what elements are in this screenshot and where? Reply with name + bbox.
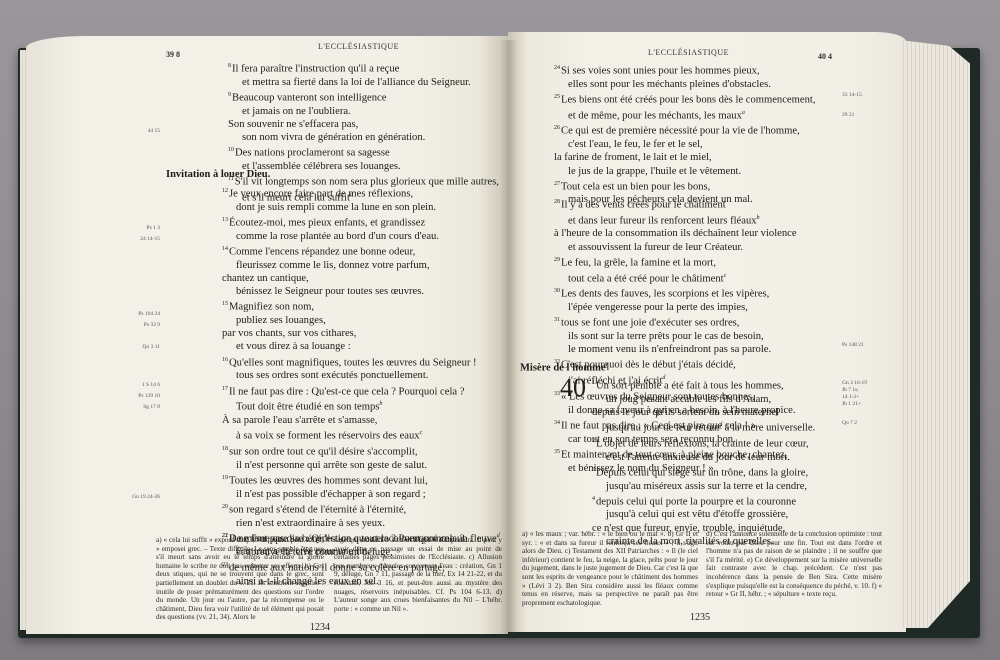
verse-text: rien n'est extraordinaire à ses yeux. (236, 518, 385, 529)
verse-text: un joug pesant accable les fils d'Adam, (606, 394, 771, 405)
verse-number: 9 (228, 92, 231, 98)
verse-line: son nom vivra de génération en génératio… (228, 131, 499, 144)
verse-line: 27Tout cela est un bien pour les bons, (554, 178, 815, 194)
cross-reference: Gn 19 24-26 (132, 494, 160, 501)
verse-line: chantez un cantique, (222, 272, 477, 285)
verse-block: 8Il fera paraître l'instruction qu'il a … (228, 60, 499, 205)
verse-number: 14 (222, 246, 228, 252)
verse-line: 3Depuis celui qui siège sur un trône, da… (592, 464, 815, 480)
verse-text: la farine de froment, le lait et le miel… (554, 152, 712, 163)
verse-line: et dans leur fureur ils renforcent leurs… (554, 212, 797, 228)
verse-line: jusqu'au jour de leur retourf à la mère … (592, 419, 815, 435)
verse-line: 14Comme l'encens répandez une bonne odeu… (222, 243, 477, 259)
verse-text: Il y a des vents créés pour le châtiment (561, 200, 726, 211)
verse-text: comme la rose plantée au bord d'un cours… (236, 231, 439, 242)
footnote-marker: c (724, 273, 727, 279)
cross-reference: 24 14-15 (140, 236, 160, 243)
cross-reference: Jb 1 21+ (842, 401, 861, 408)
verse-line: À sa parole l'eau s'arrête et s'amasse, (222, 414, 477, 427)
verse-line: et de même, pour les méchants, les mauxa (554, 107, 815, 123)
verse-line: 12Je veux encore faire part de mes réfle… (222, 185, 477, 201)
verse-number: 18 (222, 446, 228, 452)
verse-number: 3 (592, 467, 595, 473)
footnotes-column-1: a) « cela lui suffit » exposé conj. ; « … (156, 536, 324, 622)
verse-line: et vous direz à sa louange : (222, 340, 477, 353)
verse-line: 18sur son ordre tout ce qu'il désire s'a… (222, 443, 477, 459)
verse-text: Toutes les œuvres des hommes sont devant… (229, 475, 428, 486)
verse-number: 30 (554, 288, 560, 294)
footnote-marker: b (757, 215, 760, 221)
verse-text: tous se font une joie d'exécuter ses ord… (561, 318, 739, 329)
verse-number: 31 (554, 317, 560, 323)
verse-line: le jus de la grappe, l'huile et le vêtem… (554, 165, 815, 178)
verse-line: 13Écoutez-moi, mes pieux enfants, et gra… (222, 214, 477, 230)
footnote-marker: c (420, 430, 423, 436)
section-heading-text: Misère de l'homme (520, 363, 606, 374)
verse-line: Tout doit être étudié en son tempsb (222, 398, 477, 414)
verse-line: la farine de froment, le lait et le miel… (554, 151, 815, 164)
verse-number: 17 (222, 386, 228, 392)
verse-line: 24Si ses voies sont unies pour les homme… (554, 62, 815, 78)
verse-text: Depuis celui qui siège sur un trône, dan… (596, 467, 808, 478)
chapter-verse-ref: 39 8 (166, 50, 180, 59)
verse-text: il n'est personne qui arrête son geste d… (236, 460, 427, 471)
verse-text: Ce qui est de première nécessité pour la… (561, 126, 800, 137)
verse-text: Il fera paraître l'instruction qu'il a r… (232, 64, 399, 75)
cross-reference: 14 1-2+ (842, 394, 859, 401)
verse-text: tout cela a été créé pour le châtiment (568, 273, 724, 284)
page-number: 1234 (310, 622, 330, 633)
book-gutter (500, 40, 518, 640)
verse-line: Son souvenir ne s'effacera pas, (228, 118, 499, 131)
verse-line: jusqu'à celui qui est vêtu d'étoffe gros… (592, 508, 815, 521)
footnote-marker: b (379, 401, 382, 407)
verse-line: 16Qu'elles sont magnifiques, toutes les … (222, 354, 477, 370)
verse-line: dont je suis rempli comme la lune en son… (222, 201, 477, 214)
verse-text: à l'heure de la consommation ils déchaîn… (554, 228, 797, 239)
verse-number: 12 (222, 188, 228, 194)
cross-reference: Jb 7 1s; (842, 387, 859, 394)
verse-number: 8 (228, 63, 231, 69)
verse-number: 4 (592, 496, 595, 502)
verse-line: l'épée vengeresse pour la perte des impi… (554, 301, 797, 314)
verse-text: tous ses ordres sont exécutés ponctuelle… (236, 370, 428, 381)
cross-reference: Sg 17 8 (143, 404, 160, 411)
footnotes-column-1: a) « les maux ; var. hébr. : « le bien o… (522, 530, 698, 607)
verse-text: dont je suis rempli comme la lune en son… (236, 202, 436, 213)
chapter-verse-ref: 40 4 (818, 52, 832, 61)
verse-text: ils sont sur la terre prêts pour le cas … (568, 331, 764, 342)
verse-line: tout cela a été créé pour le châtimentc (554, 270, 797, 286)
footnote-marker: e (606, 362, 609, 368)
verse-line: 26Ce qui est de première nécessité pour … (554, 122, 815, 138)
page-edges-right (900, 40, 970, 628)
verse-text: Les biens ont été créés pour les bons dè… (561, 94, 815, 105)
verse-line: 9Beaucoup vanteront son intelligence (228, 89, 499, 105)
cross-reference: 44 15 (148, 128, 160, 135)
verse-number: 1 (592, 380, 595, 386)
verse-number: 27 (554, 181, 560, 187)
verse-text: et assouvissent la fureur de leur Créate… (568, 242, 743, 253)
verse-line: tous ses ordres sont exécutés ponctuelle… (222, 369, 477, 382)
running-head: L'ECCLÉSIASTIQUE (648, 48, 729, 57)
verse-line: 30Les dents des fauves, les scorpions et… (554, 285, 797, 301)
verse-text: depuis celui qui porte la pourpre et la … (596, 496, 796, 507)
verse-text: Magnifiez son nom, (229, 302, 314, 313)
verse-line: par vos chants, sur vos cithares, (222, 327, 477, 340)
cross-reference: Ps 1 3 (147, 225, 160, 232)
verse-number: 13 (222, 217, 228, 223)
verse-text: et dans leur fureur ils renforcent leurs… (568, 215, 757, 226)
verse-line: il n'est personne qui arrête son geste d… (222, 459, 477, 472)
cross-reference: 1 S 14 6 (142, 382, 160, 389)
verse-number: 19 (222, 475, 228, 481)
verse-number: 28 (554, 199, 560, 205)
verse-text: Un sort pénible a été fait à tous les ho… (596, 381, 784, 392)
verse-text: Tout cela est un bien pour les bons, (561, 181, 710, 192)
verse-line: c'est l'eau, le feu, le fer et le sel, (554, 138, 815, 151)
cross-reference: Qo 3 11 (142, 344, 160, 351)
verse-line: publiez ses louanges, (222, 314, 477, 327)
left-page: L'ECCLÉSIASTIQUE 39 8 8Il fera paraître … (26, 36, 508, 634)
verse-line: elles sont pour les méchants pleines d'o… (554, 78, 815, 91)
verse-line: un joug pesant accable les fils d'Adam, (592, 393, 815, 406)
verse-line: et assouvissent la fureur de leur Créate… (554, 241, 797, 254)
verse-text: jusqu'au jour de leur retour (606, 423, 720, 434)
verse-text: À sa parole l'eau s'arrête et s'amasse, (222, 415, 377, 426)
verse-line: 25Les biens ont été créés pour les bons … (554, 91, 815, 107)
verse-text: jusqu'à celui qui est vêtu d'étoffe gros… (606, 509, 788, 520)
footnotes-column-2: sage qui étudiera « en son temps » compr… (334, 536, 502, 613)
verse-text: chantez un cantique, (222, 273, 309, 284)
verse-line: il n'est pas possible d'échapper à son r… (222, 488, 477, 501)
verse-text: L'objet de leurs réflexions, la crainte … (596, 438, 809, 449)
verse-text: son nom vivra de génération en génératio… (242, 132, 425, 143)
margin-cross-references: 44 15Ps 1 324 14-15Ps 104 24Ps 33 9Qo 3 … (86, 36, 160, 634)
verse-line: 15Magnifiez son nom, (222, 298, 477, 314)
verse-block: 1Un sort pénible a été fait à tous les h… (592, 377, 815, 548)
verse-line: à sa voix se forment les réservoirs des … (222, 427, 477, 443)
verse-line: 10Des nations proclameront sa sagesse (228, 144, 499, 160)
verse-block: 12Je veux encore faire part de mes réfle… (222, 185, 477, 559)
section-heading: Misère de l'hommee (520, 362, 608, 374)
cross-reference: 33 14-15 (842, 92, 862, 99)
verse-line: 4depuis celui qui porte la pourpre et la… (592, 493, 815, 509)
chapter-number: 40 (560, 376, 586, 400)
running-head: L'ECCLÉSIASTIQUE (318, 42, 399, 51)
verse-text: c'est l'attente anxieuse du jour de leur… (606, 452, 790, 463)
verse-line: ils sont sur la terre prêts pour le cas … (554, 330, 797, 343)
verse-text: et vous direz à sa louange : (236, 341, 351, 352)
footnotes-column-2: d) C'est l'annonce solennelle de la conc… (706, 530, 882, 599)
verse-text: et de même, pour les méchants, les maux (568, 110, 742, 121)
verse-text: son regard s'étend de l'éternité à l'éte… (229, 504, 406, 515)
verse-text: par vos chants, sur vos cithares, (222, 328, 356, 339)
verse-number: 2 (592, 438, 595, 444)
verse-number: 24 (554, 65, 560, 71)
verse-number: 35 (554, 449, 560, 455)
verse-text: Le feu, la grêle, la famine et la mort, (561, 257, 716, 268)
verse-line: 1Un sort pénible a été fait à tous les h… (592, 377, 815, 393)
verse-number: 10 (228, 147, 234, 153)
verse-line: et mettra sa fierté dans la loi de l'all… (228, 76, 499, 89)
verse-line: 31tous se font une joie d'exécuter ses o… (554, 314, 797, 330)
verse-text: Des nations proclameront sa sagesse (235, 148, 390, 159)
page-number: 1235 (690, 612, 710, 623)
verse-number: 26 (554, 125, 560, 131)
cross-reference: Ps 33 9 (144, 322, 160, 329)
verse-line: à l'heure de la consommation ils déchaîn… (554, 227, 797, 240)
verse-text: Écoutez-moi, mes pieux enfants, et grand… (229, 217, 425, 228)
verse-line: 29Le feu, la grêle, la famine et la mort… (554, 254, 797, 270)
verse-text: publiez ses louanges, (236, 315, 326, 326)
verse-text: sur son ordre tout ce qu'il désire s'acc… (229, 446, 418, 457)
cross-reference: Gn 3 16-19 (842, 380, 867, 387)
verse-line: 2L'objet de leurs réflexions, la crainte… (592, 435, 815, 451)
verse-line: jusqu'au miséreux assis sur la terre et … (592, 480, 815, 493)
verse-line: 28Il y a des vents créés pour le châtime… (554, 196, 797, 212)
verse-text-tail: à la mère universelle. (722, 423, 815, 434)
verse-line: rien n'est extraordinaire à ses yeux. (222, 517, 477, 530)
right-page: L'ECCLÉSIASTIQUE 40 4 24Si ses voies son… (508, 32, 906, 632)
verse-text: Qu'elles sont magnifiques, toutes les œu… (229, 357, 477, 368)
verse-text: fleurissez comme le lis, donnez votre pa… (236, 260, 430, 271)
footnote-marker: a (742, 110, 745, 116)
verse-line: le moment venu ils n'enfreindront pas sa… (554, 343, 797, 356)
verse-text: Son souvenir ne s'effacera pas, (228, 119, 358, 130)
verse-number: 15 (222, 301, 228, 307)
verse-number: 34 (554, 420, 560, 426)
verse-text: Il ne faut pas dire : Qu'est-ce que cela… (229, 386, 464, 397)
verse-text: il n'est pas possible d'échapper à son r… (236, 489, 426, 500)
verse-text: jusqu'au miséreux assis sur la terre et … (606, 481, 807, 492)
cross-reference: 29 21 (842, 112, 854, 119)
verse-block: 24Si ses voies sont unies pour les homme… (554, 62, 815, 207)
verse-text: et jamais on ne l'oubliera. (242, 106, 351, 117)
verse-text: Tout doit être étudié en son temps (236, 402, 379, 413)
verse-text: Comme l'encens répandez une bonne odeur, (229, 246, 415, 257)
section-heading: Invitation à louer Dieu. (166, 169, 270, 180)
verse-line: et jamais on ne l'oubliera. (228, 105, 499, 118)
verse-text: et mettra sa fierté dans la loi de l'all… (242, 77, 471, 88)
verse-line: 17Il ne faut pas dire : Qu'est-ce que ce… (222, 383, 477, 399)
verse-line: 8Il fera paraître l'instruction qu'il a … (228, 60, 499, 76)
verse-line: depuis le jour qu'ils sortent du sein ma… (592, 406, 815, 419)
verse-line: comme la rose plantée au bord d'un cours… (222, 230, 477, 243)
verse-number: 20 (222, 504, 228, 510)
verse-number: 16 (222, 357, 228, 363)
verse-number: 29 (554, 257, 560, 263)
verse-text: Beaucoup vanteront son intelligence (232, 92, 386, 103)
verse-line: bénissez le Seigneur pour toutes ses œuv… (222, 285, 477, 298)
cross-reference: Ps 104 24 (138, 311, 160, 318)
verse-text: à sa voix se forment les réservoirs des … (236, 431, 420, 442)
verse-line: 20son regard s'étend de l'éternité à l'é… (222, 501, 477, 517)
verse-text: c'est l'eau, le feu, le fer et le sel, (568, 139, 703, 150)
verse-text: elles sont pour les méchants pleines d'o… (568, 79, 771, 90)
verse-text: le moment venu ils n'enfreindront pas sa… (568, 344, 771, 355)
verse-text: l'épée vengeresse pour la perte des impi… (568, 302, 748, 313)
cross-reference: Ps 139 10 (138, 393, 160, 400)
verse-number: 25 (554, 94, 560, 100)
verse-text: depuis le jour qu'ils sortent du sein ma… (592, 407, 779, 418)
verse-text: le jus de la grappe, l'huile et le vêtem… (568, 166, 741, 177)
verse-text: Si ses voies sont unies pour les hommes … (561, 66, 760, 77)
verse-line: 19Toutes les œuvres des hommes sont deva… (222, 472, 477, 488)
verse-line: c'est l'attente anxieuse du jour de leur… (592, 451, 815, 464)
verse-text: Je veux encore faire part de mes réflexi… (229, 189, 413, 200)
cross-reference: Ps 148 21 (842, 342, 864, 349)
cross-reference: Qo 7 2 (842, 420, 857, 427)
verse-text: Les dents des fauves, les scorpions et l… (561, 289, 769, 300)
verse-line: fleurissez comme le lis, donnez votre pa… (222, 259, 477, 272)
verse-text: bénissez le Seigneur pour toutes ses œuv… (236, 286, 424, 297)
